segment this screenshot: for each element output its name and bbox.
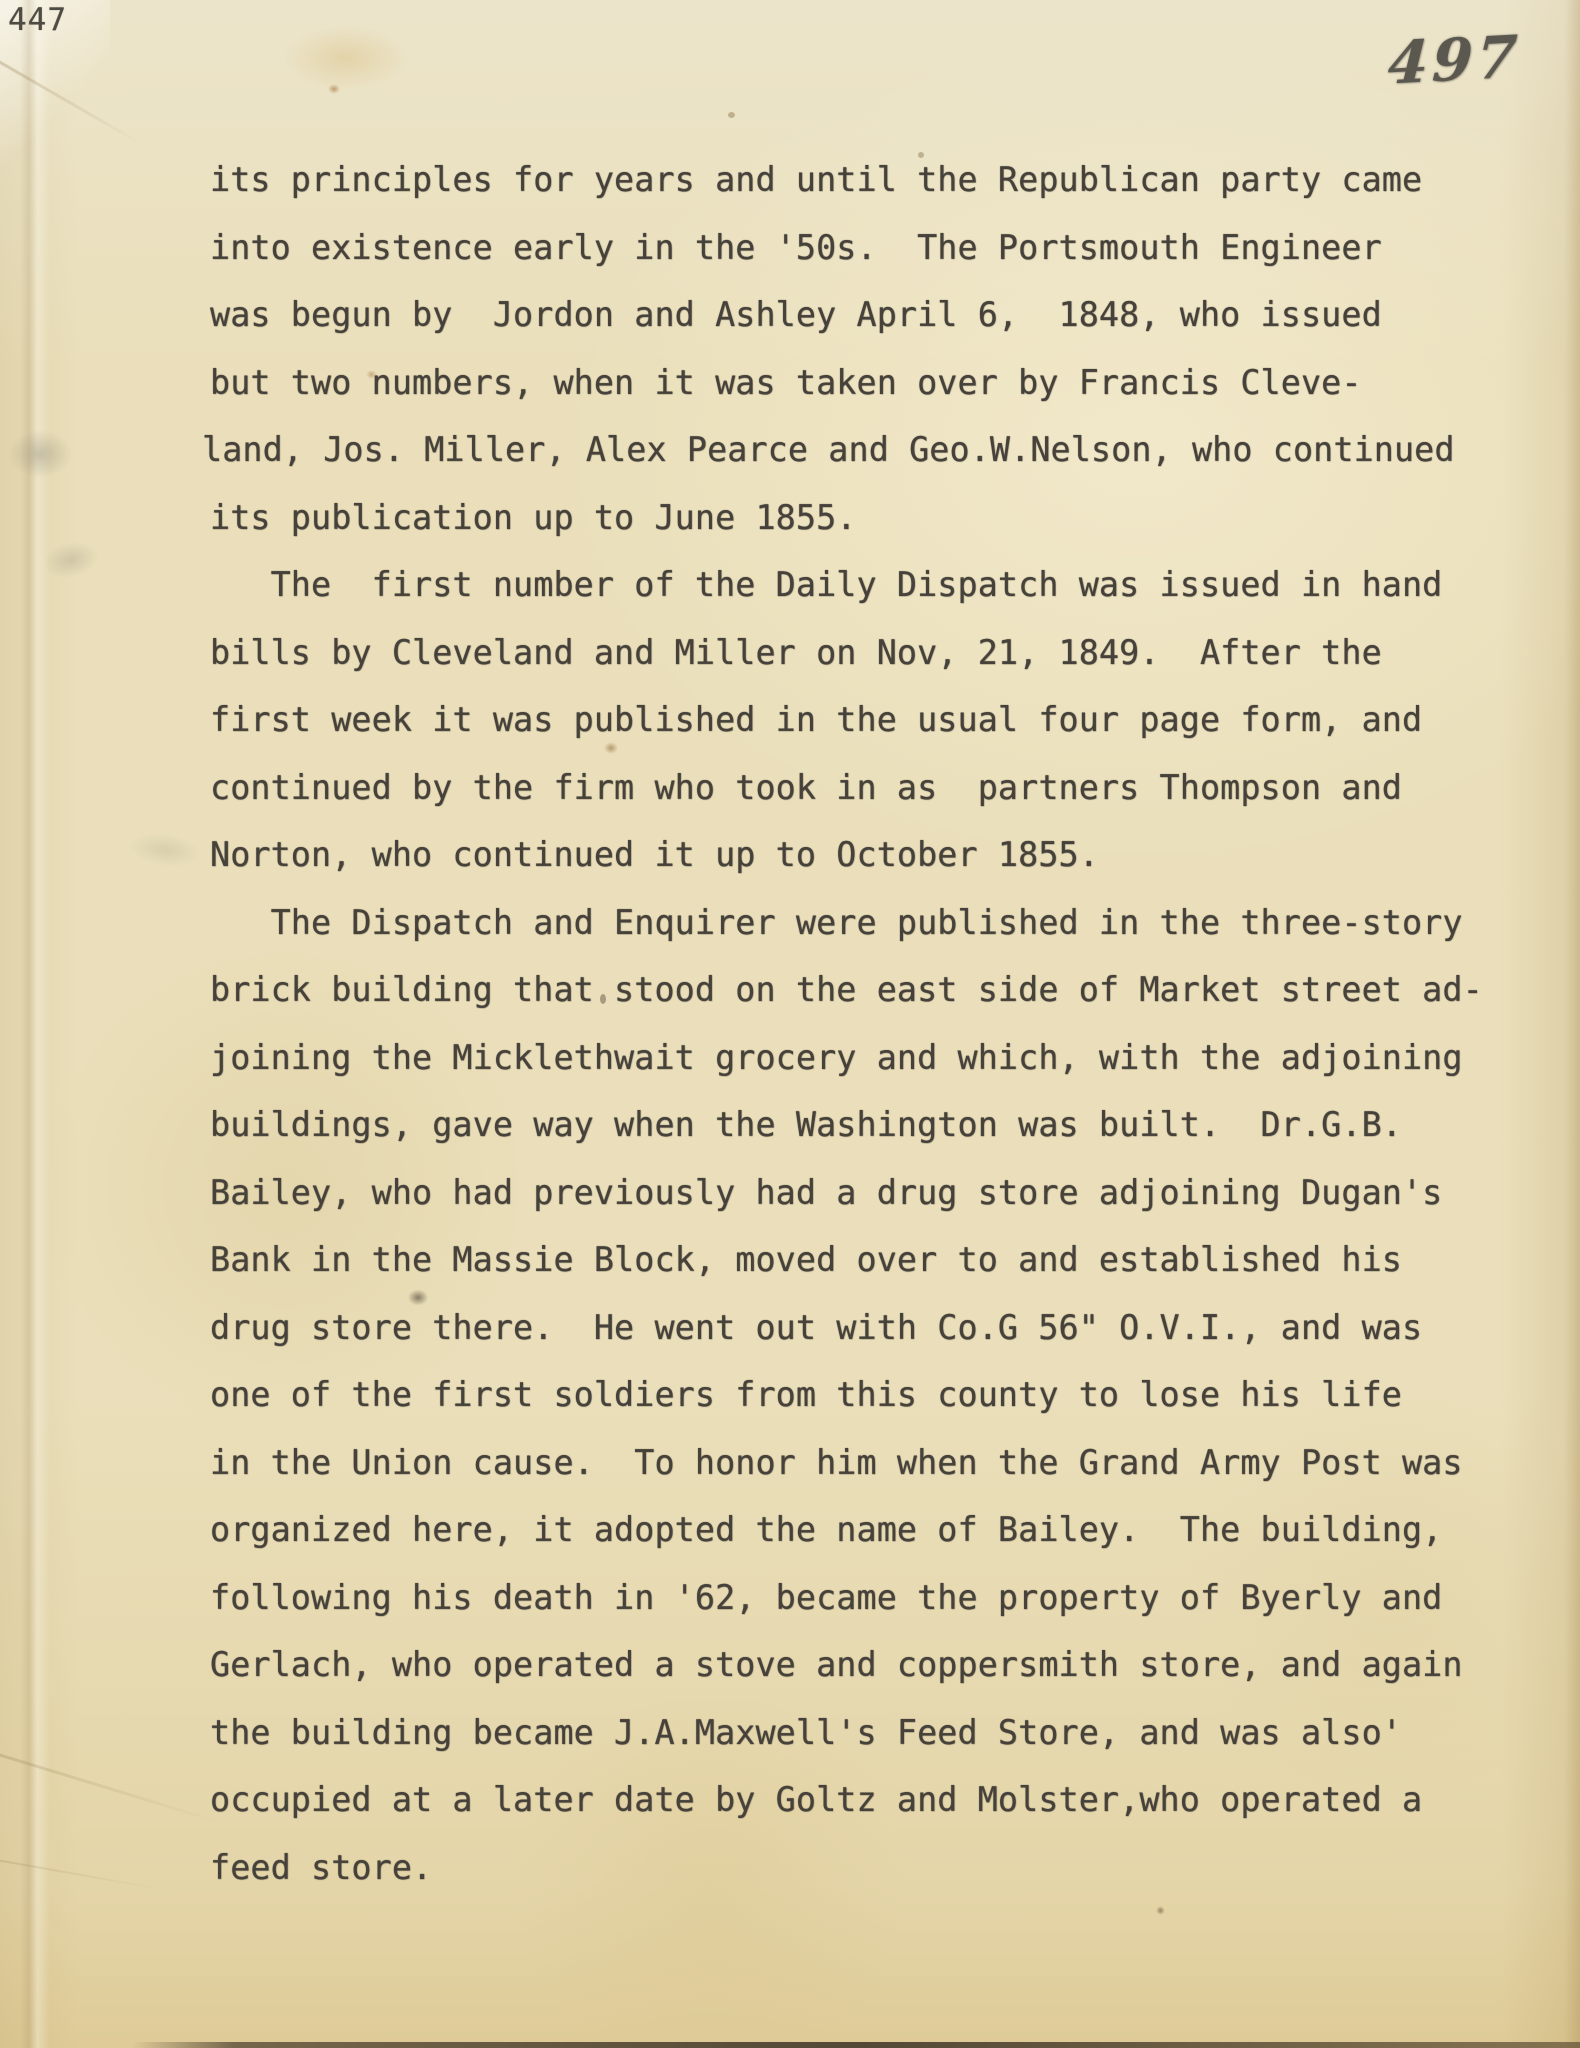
paper-crease-top-left <box>0 49 144 147</box>
paper-stain-top <box>266 16 426 100</box>
paper-crease-bottom-left <box>0 1743 223 1825</box>
typed-line: land, Jos. Miller, Alex Pearce and Geo.W… <box>202 416 1483 484</box>
typed-line: its publication up to June 1855. <box>210 484 1483 552</box>
typed-line: following his death in '62, became the p… <box>210 1564 1483 1632</box>
typed-line: one of the first soldiers from this coun… <box>210 1361 1483 1429</box>
printed-page-number: 447 <box>8 2 67 38</box>
typed-line: continued by the firm who took in as par… <box>210 754 1483 822</box>
typed-line: The Dispatch and Enquirer were published… <box>210 889 1483 957</box>
typed-line: its principles for years and until the R… <box>210 146 1483 214</box>
typed-line: feed store. <box>210 1834 1483 1902</box>
typed-line: was begun by Jordon and Ashley April 6, … <box>210 281 1483 349</box>
typed-line: brick building that stood on the east si… <box>210 956 1483 1024</box>
typed-line: organized here, it adopted the name of B… <box>210 1496 1483 1564</box>
typed-line: but two numbers, when it was taken over … <box>210 349 1483 417</box>
paper-fleck <box>328 84 340 94</box>
typed-text-block: its principles for years and until the R… <box>210 146 1483 1901</box>
typed-line: The first number of the Daily Dispatch w… <box>210 551 1483 619</box>
typed-line: Bailey, who had previously had a drug st… <box>210 1159 1483 1227</box>
typed-line: buildings, gave way when the Washington … <box>210 1091 1483 1159</box>
scan-edge-shadow <box>132 2042 1580 2048</box>
pencil-smudge <box>32 531 110 589</box>
paper-fleck <box>1156 1906 1165 1915</box>
typed-line: Bank in the Massie Block, moved over to … <box>210 1226 1483 1294</box>
typed-line: drug store there. He went out with Co.G … <box>210 1294 1483 1362</box>
typed-line: bills by Cleveland and Miller on Nov, 21… <box>210 619 1483 687</box>
typed-line: into existence early in the '50s. The Po… <box>210 214 1483 282</box>
typed-line: in the Union cause. To honor him when th… <box>210 1429 1483 1497</box>
typed-line: joining the Micklethwait grocery and whi… <box>210 1024 1483 1092</box>
paper-crease-bottom-left-2 <box>0 1855 169 1892</box>
paper-crease-left <box>20 0 50 2048</box>
typed-line: first week it was published in the usual… <box>210 686 1483 754</box>
typed-line: occupied at a later date by Goltz and Mo… <box>210 1766 1483 1834</box>
pencil-smudge <box>0 424 80 484</box>
scanned-document-page: 447 497 its principles for years and unt… <box>0 0 1580 2048</box>
paper-fleck <box>728 112 735 118</box>
typed-line: Norton, who continued it up to October 1… <box>210 821 1483 889</box>
pencil-smudge <box>118 824 213 876</box>
handwritten-page-number: 497 <box>1386 22 1522 97</box>
paper-edge-shadow-right <box>1564 0 1580 2048</box>
typed-line: the building became J.A.Maxwell's Feed S… <box>210 1699 1483 1767</box>
typed-line: Gerlach, who operated a stove and copper… <box>210 1631 1483 1699</box>
